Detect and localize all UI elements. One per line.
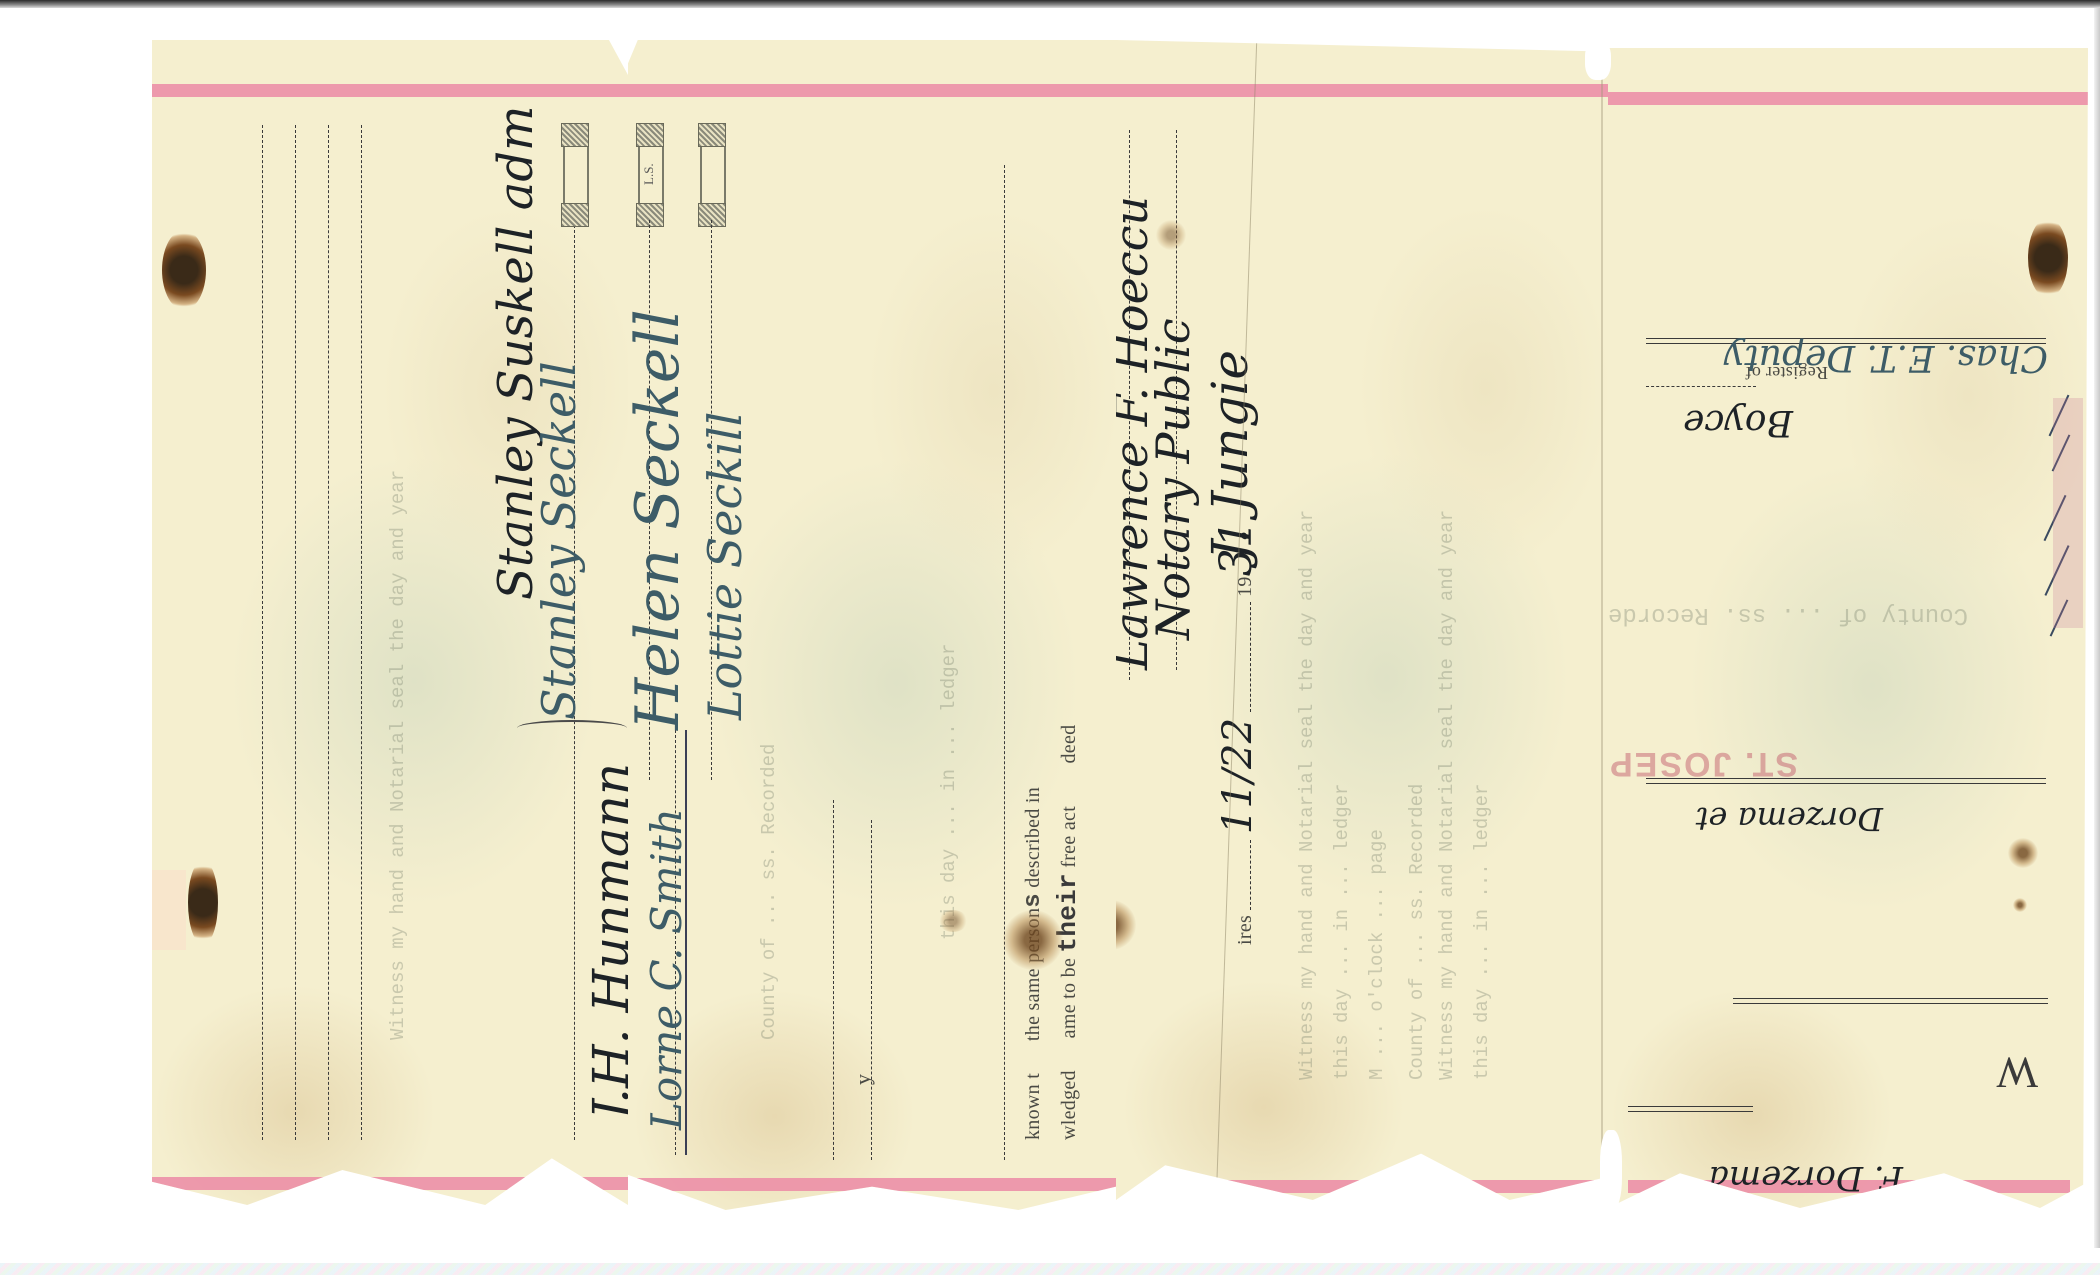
bleed-through-text: County of ... ss. Recorded <box>1594 601 1968 628</box>
signature-recorder: Boyce <box>1683 402 1793 443</box>
staple-hole-icon <box>188 860 218 945</box>
pink-rule-top <box>628 84 1116 97</box>
ack-free-act: free act <box>1058 806 1080 868</box>
pink-rule-top <box>1116 84 1608 97</box>
staple-hole-icon <box>2028 218 2068 298</box>
bleed-through-text: this day ... in ... ledger <box>938 644 960 940</box>
ack-ame-to-be: ame to be <box>1058 958 1080 1038</box>
bleed-through-text: County of ... ss. Recorded <box>1406 784 1428 1080</box>
paper-tear <box>1585 40 1611 80</box>
dashed-line <box>328 125 329 1140</box>
ls-label: L.S. <box>641 163 657 185</box>
bracket-brace <box>517 720 627 736</box>
seal-box-ls: L.S. <box>638 125 664 225</box>
title-rule <box>1733 998 2048 1004</box>
paper-tear <box>1600 1130 1622 1210</box>
pink-rule-bottom <box>628 1178 1116 1191</box>
scanner-top-edge <box>0 0 2100 8</box>
grantee-note: Dorzema et <box>1696 800 1883 838</box>
scanner-right-edge <box>2094 8 2100 1248</box>
torn-patch <box>152 870 186 950</box>
signature-grantor-2: Helen Seckell <box>623 309 693 730</box>
expires-label: ires <box>1234 915 1256 945</box>
burn-stain <box>2013 898 2027 912</box>
dashed-line <box>361 125 362 1140</box>
signature-witness-2: Lorne C. Smith <box>642 808 691 1130</box>
dashed-line <box>871 820 872 1160</box>
stain <box>938 910 968 932</box>
ack-plural-s: s <box>1020 893 1047 908</box>
pink-rule-bottom <box>1166 1180 1628 1193</box>
short-rule <box>1628 1106 1753 1112</box>
stain <box>1156 220 1186 250</box>
burn-stain <box>2008 838 2038 868</box>
signature-grantor-1: Stanley Seckell <box>532 361 586 720</box>
ack-known: known t <box>1022 1073 1044 1140</box>
dashed-line <box>262 125 263 1140</box>
pink-rule-bottom <box>152 1177 628 1190</box>
deed-panel-4-recording: Register of Chas. E.T. Deputy Boyce ST. … <box>1608 48 2088 1208</box>
staple-hole-icon <box>162 230 206 310</box>
deed-panel-1: Stanley Suskell adm Stanley Seckell J.H.… <box>152 40 628 1205</box>
bleed-through-text: Witness my hand and Notarial seal the da… <box>1436 510 1458 1080</box>
dashed-line <box>833 800 834 1160</box>
commission-expires-date: 11/22 <box>1215 718 1261 835</box>
bleed-through-text: Witness my hand and Notarial seal the da… <box>387 470 409 1040</box>
dashed-line <box>1004 165 1005 1160</box>
burn-stain <box>1003 910 1063 970</box>
year-value: 31 <box>1211 520 1262 577</box>
deed-panel-3: Lawrence F. Hoeccu Notary Public J. Jung… <box>1116 40 1608 1200</box>
bleed-through-text: this day ... in ... ledger <box>1471 784 1493 1080</box>
ack-wledged: wledged <box>1058 1070 1080 1140</box>
bleed-through-text: County of ... ss. Recorded <box>758 744 780 1040</box>
text-fragment-y: y <box>850 1074 876 1085</box>
bleed-through-text: Witness my hand and Notarial seal the da… <box>1296 510 1318 1080</box>
paper-tear <box>1405 1170 1435 1210</box>
ack-described-in: described in <box>1022 787 1044 888</box>
fold-line <box>1601 40 1603 1200</box>
signature-notary-public: Notary Public <box>1146 318 1200 640</box>
bottom-note: F. Dorzema <box>1709 1158 1903 1198</box>
recording-rule <box>1646 778 2046 784</box>
form-title-letter: W <box>1996 1047 2038 1098</box>
signature-grantor-3: Lottie Seckill <box>698 412 752 720</box>
seal-box-3 <box>700 125 726 225</box>
red-stamp-fragment <box>2053 398 2083 628</box>
scanner-bottom-strip <box>0 1263 2100 1275</box>
ack-deed: deed <box>1058 725 1080 764</box>
deed-panel-2: L.S. Helen Seckell Lottie Seckill Lorne … <box>628 40 1116 1210</box>
dashed-line <box>295 125 296 1140</box>
register-dash <box>1646 386 1756 387</box>
seal-box-1 <box>563 125 589 225</box>
bleed-through-text: M ... o'clock ... page <box>1366 829 1388 1080</box>
bleed-through-text: this day ... in ... ledger <box>1331 784 1353 1080</box>
pink-rule-top <box>1608 92 2088 105</box>
pink-rule-top <box>152 84 628 97</box>
signature-register: Chas. E.T. Deputy <box>1724 337 2048 378</box>
